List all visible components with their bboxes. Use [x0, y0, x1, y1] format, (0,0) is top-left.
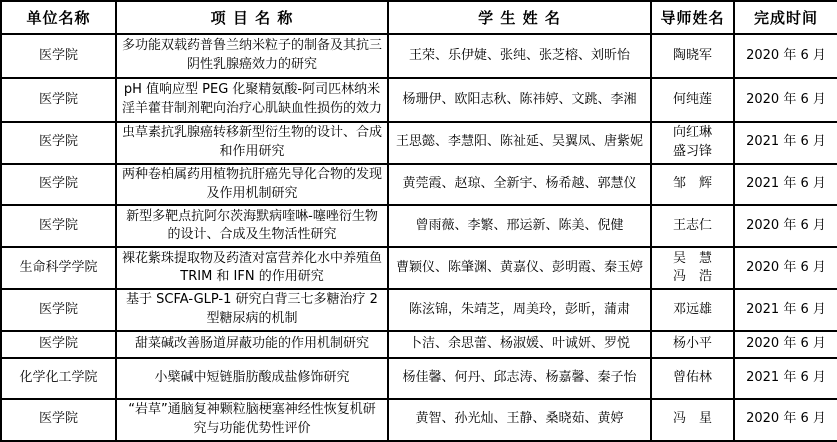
table-row: 化学化工学院 小檗碱中短链脂肪酸成盐修饰研究 杨佳馨、何丹、邱志涛、杨嘉馨、秦子… [1, 358, 837, 399]
project-cell: 多功能双载药普鲁兰纳米粒子的制备及其抗三阴性乳腺癌效力的研究 [116, 34, 388, 78]
table-row: 医学院 两种卷柏属药用植物抗肝癌先导化合物的发现及作用机制研究 黄莞霞、赵琼、全… [1, 164, 837, 206]
date-cell: 2020 年 6 月 [734, 205, 837, 247]
header-project-name: 项 目 名 称 [116, 1, 388, 34]
advisor-cell: 邹 辉 [651, 164, 734, 206]
table-row: 医学院 多功能双载药普鲁兰纳米粒子的制备及其抗三阴性乳腺癌效力的研究 王荣、乐伊… [1, 34, 837, 78]
advisor-cell: 何纯莲 [651, 78, 734, 122]
advisor-cell: 邓远雄 [651, 289, 734, 331]
unit-cell: 医学院 [1, 34, 116, 78]
advisor-cell: 曾佑林 [651, 358, 734, 399]
table-row: 医学院 甜菜碱改善肠道屏蔽功能的作用机制研究 卜洁、余思蕾、杨淑媛、叶诚妍、罗悦… [1, 331, 837, 358]
project-cell: “岩草”通脑复神颗粒脑梗塞神经性恢复机研究与功能优势性评价 [116, 399, 388, 441]
unit-cell: 生命科学学院 [1, 247, 116, 289]
header-advisor-name: 导师姓名 [651, 1, 734, 34]
students-cell: 王思懿、李慧阳、陈祉延、吴翼凤、唐紫妮 [388, 122, 651, 164]
date-cell: 2020 年 6 月 [734, 78, 837, 122]
project-cell: 裸花紫珠提取物及药渣对富营养化水中养殖鱼 TRIM 和 IFN 的作用研究 [116, 247, 388, 289]
advisor-cell: 杨小平 [651, 331, 734, 358]
unit-cell: 医学院 [1, 122, 116, 164]
unit-cell: 医学院 [1, 399, 116, 441]
date-cell: 2020 年 6 月 [734, 331, 837, 358]
header-unit-name: 单位名称 [1, 1, 116, 34]
students-cell: 王荣、乐伊婕、张纯、张芝榕、刘昕怡 [388, 34, 651, 78]
table-row: 医学院 “岩草”通脑复神颗粒脑梗塞神经性恢复机研究与功能优势性评价 黄智、孙光灿… [1, 399, 837, 441]
table-header: 单位名称 项 目 名 称 学 生 姓 名 导师姓名 完成时间 [1, 1, 837, 34]
students-cell: 卜洁、余思蕾、杨淑媛、叶诚妍、罗悦 [388, 331, 651, 358]
project-cell: 小檗碱中短链脂肪酸成盐修饰研究 [116, 358, 388, 399]
advisor-cell: 冯 星 [651, 399, 734, 441]
project-cell: 基于 SCFA-GLP-1 研究白背三七多糖治疗 2 型糖尿病的机制 [116, 289, 388, 331]
project-cell: 虫草素抗乳腺癌转移新型衍生物的设计、合成和作用研究 [116, 122, 388, 164]
project-cell: pH 值响应型 PEG 化聚精氨酸-阿司匹林纳米淫羊藿苷制剂靶向治疗心肌缺血性损… [116, 78, 388, 122]
students-cell: 杨佳馨、何丹、邱志涛、杨嘉馨、秦子怡 [388, 358, 651, 399]
students-cell: 陈泫锦，朱靖芝，周美玲，彭昕，蒲肃 [388, 289, 651, 331]
date-cell: 2021 年 6 月 [734, 289, 837, 331]
table-body: 医学院 多功能双载药普鲁兰纳米粒子的制备及其抗三阴性乳腺癌效力的研究 王荣、乐伊… [1, 34, 837, 441]
table-row: 医学院 pH 值响应型 PEG 化聚精氨酸-阿司匹林纳米淫羊藿苷制剂靶向治疗心肌… [1, 78, 837, 122]
date-cell: 2020 年 6 月 [734, 247, 837, 289]
project-cell: 两种卷柏属药用植物抗肝癌先导化合物的发现及作用机制研究 [116, 164, 388, 206]
project-cell: 新型多靶点抗阿尔茨海默病喹啉-噻唑衍生物的设计、合成及生物活性研究 [116, 205, 388, 247]
project-table: 单位名称 项 目 名 称 学 生 姓 名 导师姓名 完成时间 医学院 多功能双载… [0, 0, 837, 442]
students-cell: 曾雨薇、李繁、邢运新、陈美、倪健 [388, 205, 651, 247]
advisor-cell: 吴 慧 冯 浩 [651, 247, 734, 289]
students-cell: 黄莞霞、赵琼、全新宇、杨希越、郭慧仪 [388, 164, 651, 206]
unit-cell: 医学院 [1, 78, 116, 122]
students-cell: 杨珊伊、欧阳志秋、陈祎婷、文跳、李湘 [388, 78, 651, 122]
date-cell: 2020 年 6 月 [734, 34, 837, 78]
unit-cell: 医学院 [1, 331, 116, 358]
header-student-names: 学 生 姓 名 [388, 1, 651, 34]
advisor-cell: 陶晓军 [651, 34, 734, 78]
date-cell: 2021 年 6 月 [734, 358, 837, 399]
date-cell: 2020 年 6 月 [734, 399, 837, 441]
table-row: 医学院 基于 SCFA-GLP-1 研究白背三七多糖治疗 2 型糖尿病的机制 陈… [1, 289, 837, 331]
header-completion-date: 完成时间 [734, 1, 837, 34]
project-cell: 甜菜碱改善肠道屏蔽功能的作用机制研究 [116, 331, 388, 358]
advisor-cell: 向红琳 盛习锋 [651, 122, 734, 164]
students-cell: 曹颖仪、陈肇渊、黄嘉仪、彭明霞、秦玉婷 [388, 247, 651, 289]
table-row: 医学院 新型多靶点抗阿尔茨海默病喹啉-噻唑衍生物的设计、合成及生物活性研究 曾雨… [1, 205, 837, 247]
unit-cell: 医学院 [1, 205, 116, 247]
date-cell: 2021 年 6 月 [734, 164, 837, 206]
unit-cell: 医学院 [1, 289, 116, 331]
advisor-cell: 王志仁 [651, 205, 734, 247]
table-row: 医学院 虫草素抗乳腺癌转移新型衍生物的设计、合成和作用研究 王思懿、李慧阳、陈祉… [1, 122, 837, 164]
students-cell: 黄智、孙光灿、王静、桑晓茹、黄婷 [388, 399, 651, 441]
date-cell: 2021 年 6 月 [734, 122, 837, 164]
unit-cell: 化学化工学院 [1, 358, 116, 399]
header-row: 单位名称 项 目 名 称 学 生 姓 名 导师姓名 完成时间 [1, 1, 837, 34]
unit-cell: 医学院 [1, 164, 116, 206]
table-row: 生命科学学院 裸花紫珠提取物及药渣对富营养化水中养殖鱼 TRIM 和 IFN 的… [1, 247, 837, 289]
